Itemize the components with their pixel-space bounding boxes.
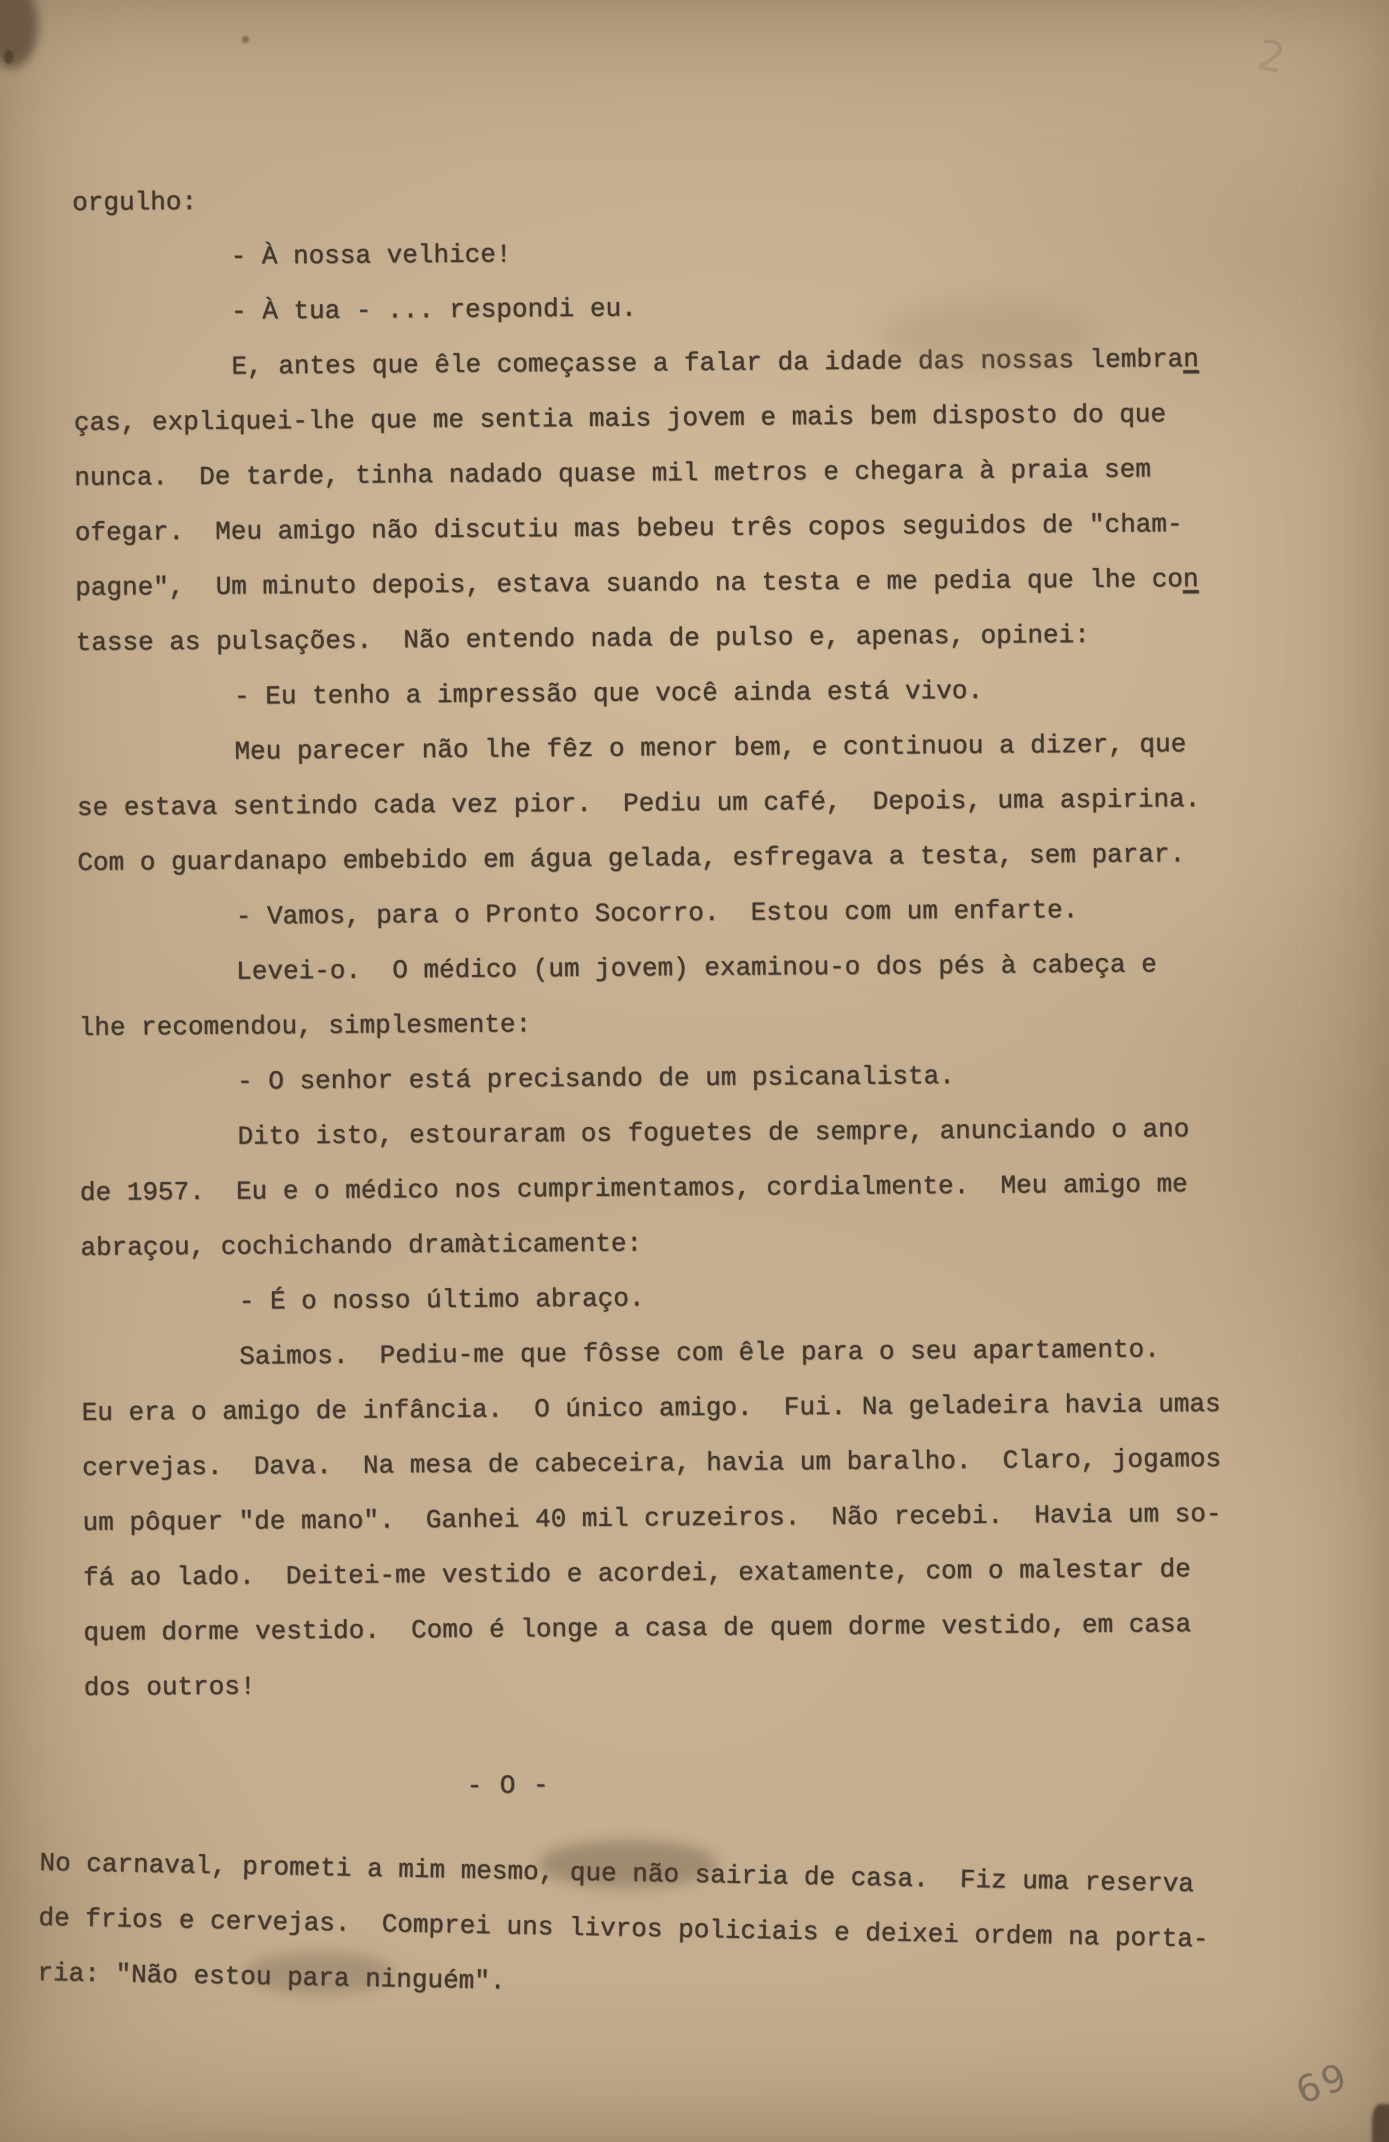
- underlined-char: n: [1183, 344, 1199, 374]
- ink-speck-top: [242, 36, 249, 43]
- ink-speck-left-edge: [4, 50, 13, 64]
- typed-line: nunca. De tarde, tinha nadado quase mil …: [74, 441, 1354, 506]
- typed-line: dos outros!: [84, 1651, 1364, 1716]
- typed-line: - É o nosso último abraço.: [81, 1266, 1361, 1331]
- typed-footer-block: No carnaval, prometi a mim mesmo, que nã…: [37, 1836, 1380, 2026]
- pencil-corner-mark: 2: [1253, 30, 1289, 83]
- typed-line: Levei-o. O médico (um jovem) examinou-o …: [78, 936, 1358, 1001]
- typed-line: um pôquer "de mano". Ganhei 40 mil cruze…: [82, 1486, 1362, 1551]
- typed-text-block: orgulho:- À nossa velhice!- À tua - ... …: [72, 166, 1365, 1817]
- manuscript-page: 2 orgulho:- À nossa velhice!- À tua - ..…: [0, 0, 1389, 2142]
- typed-line: abraçou, cochichando dramàticamente:: [80, 1211, 1360, 1276]
- corner-nub-bottom-right: [1372, 2104, 1389, 2142]
- typed-line: - O senhor está precisando de um psicana…: [79, 1046, 1359, 1111]
- typed-line: Dito isto, estouraram os foguetes de sem…: [79, 1101, 1359, 1166]
- typed-line: tasse as pulsações. Não entendo nada de …: [75, 606, 1355, 671]
- typed-line: lhe recomendou, simplesmente:: [78, 991, 1358, 1056]
- typed-line: Eu era o amigo de infância. O único amig…: [82, 1376, 1362, 1441]
- underlined-char: n: [1183, 564, 1199, 594]
- typed-line: cervejas. Dava. Na mesa de cabeceira, ha…: [82, 1431, 1362, 1496]
- typed-line: quem dorme vestido. Como é longe a casa …: [83, 1596, 1363, 1661]
- typed-line: ças, expliquei-lhe que me sentia mais jo…: [74, 386, 1354, 451]
- typed-line: - Eu tenho a impressão que você ainda es…: [76, 661, 1356, 726]
- typed-line: Saimos. Pediu-me que fôsse com êle para …: [81, 1321, 1361, 1386]
- typed-line: pagne", Um minuto depois, estava suando …: [75, 551, 1355, 616]
- typed-line: ofegar. Meu amigo não discutiu mas bebeu…: [75, 496, 1355, 561]
- typed-line: - Vamos, para o Pronto Socorro. Estou co…: [78, 881, 1358, 946]
- typed-line: Com o guardanapo embebido em água gelada…: [77, 826, 1357, 891]
- typed-line: E, antes que êle começasse a falar da id…: [73, 331, 1353, 396]
- typed-line: - À tua - ... respondi eu.: [73, 276, 1353, 341]
- typed-line: orgulho:: [72, 166, 1352, 231]
- typed-line: se estava sentindo cada vez pior. Pediu …: [77, 771, 1357, 836]
- pencil-page-number: 69: [1290, 2054, 1355, 2113]
- ink-blot-top-left: [0, 0, 38, 68]
- typed-line: de 1957. Eu e o médico nos cumprimentamo…: [80, 1156, 1360, 1221]
- typed-line: fá ao lado. Deitei-me vestido e acordei,…: [83, 1541, 1363, 1606]
- typed-line: Meu parecer não lhe fêz o menor bem, e c…: [76, 716, 1356, 781]
- typed-line: - À nossa velhice!: [72, 221, 1352, 286]
- section-separator: - O -: [84, 1752, 1364, 1817]
